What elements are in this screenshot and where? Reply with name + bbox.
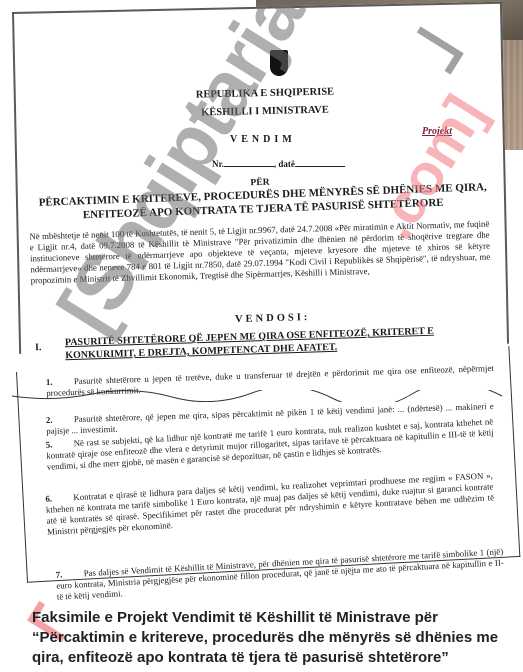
decides-heading: VENDOSI: (235, 312, 311, 325)
date-label: , datë (274, 159, 295, 169)
image-caption: Faksimile e Projekt Vendimit të Këshilli… (32, 608, 512, 668)
section-number: I. (35, 341, 42, 354)
date-blank (295, 158, 345, 167)
